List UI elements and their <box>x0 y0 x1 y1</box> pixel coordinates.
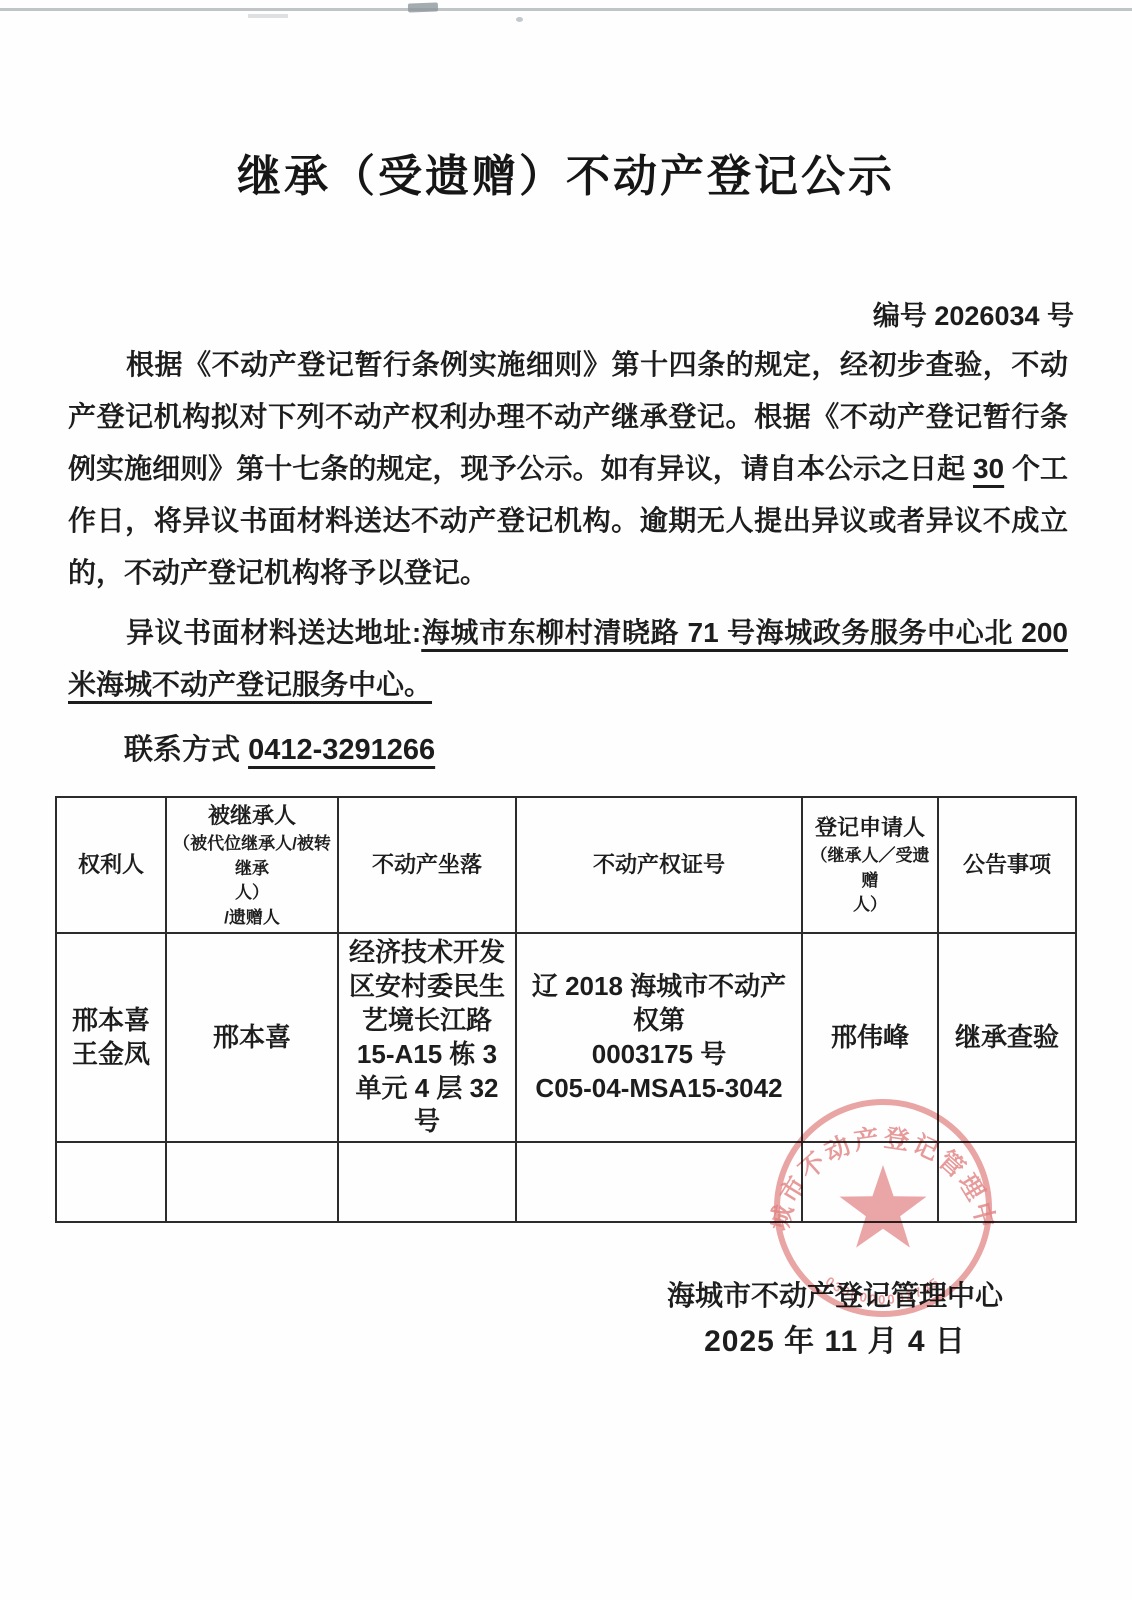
header-announcement-matter: 公告事项 <box>938 797 1076 933</box>
cell-empty <box>166 1142 338 1222</box>
issue-date: 2025 年 11 月 4 日 <box>620 1319 1050 1365</box>
document-page: 继承（受遗赠）不动产登记公示 编号 2026034 号 根据《不动产登记暂行条例… <box>0 0 1132 1600</box>
document-title: 继承（受遗赠）不动产登记公示 <box>0 0 1132 204</box>
cell-empty <box>338 1142 516 1222</box>
objection-days-value: 30 <box>973 453 1004 484</box>
header-certificate-number: 不动产权证号 <box>516 797 802 933</box>
cell-rights-holder: 邢本喜 王金凤 <box>56 933 166 1142</box>
header-applicant: 登记申请人（继承人／受遗赠 人） <box>802 797 938 933</box>
contact-phone: 0412-3291266 <box>248 734 435 766</box>
cell-property-location: 经济技术开发区安村委民生艺境长江路 15-A15 栋 3 单元 4 层 32 号 <box>338 933 516 1142</box>
scan-artifact-line <box>0 8 1132 11</box>
cell-empty <box>56 1142 166 1222</box>
address-label: 异议书面材料送达地址: <box>126 617 421 648</box>
seal-star-icon <box>840 1165 927 1248</box>
contact-label: 联系方式 <box>124 734 248 766</box>
scan-artifact-speck <box>516 17 523 22</box>
scan-artifact-speck <box>248 14 288 18</box>
scan-artifact-speck <box>408 2 438 12</box>
contact-line: 联系方式 0412-3291266 <box>124 727 1132 768</box>
cell-empty <box>516 1142 802 1222</box>
cell-decedent: 邢本喜 <box>166 933 338 1142</box>
header-property-location: 不动产坐落 <box>338 797 516 933</box>
document-number: 编号 2026034 号 <box>0 294 1132 333</box>
document-body: 根据《不动产登记暂行条例实施细则》第十四条的规定，经初步查验，不动产登记机构拟对… <box>68 339 1068 711</box>
official-seal: 海城市不动产登记管理中心 0300000003745 <box>770 1095 996 1321</box>
header-rights-holder: 权利人 <box>56 797 166 933</box>
header-decedent: 被继承人（被代位继承人/被转继承 人） /遗赠人 <box>166 797 338 933</box>
address-paragraph: 异议书面材料送达地址:海城市东柳村清晓路 71 号海城政务服务中心北 200 米… <box>68 607 1068 711</box>
notice-paragraph: 根据《不动产登记暂行条例实施细则》第十四条的规定，经初步查验，不动产登记机构拟对… <box>68 339 1068 599</box>
table-header-row: 权利人 被继承人（被代位继承人/被转继承 人） /遗赠人 不动产坐落 不动产权证… <box>56 797 1076 933</box>
notice-text-before-days: 根据《不动产登记暂行条例实施细则》第十四条的规定，经初步查验，不动产登记机构拟对… <box>68 349 1068 484</box>
cell-certificate-number: 辽 2018 海城市不动产权第 0003175 号 C05-04-MSA15-3… <box>516 933 802 1142</box>
